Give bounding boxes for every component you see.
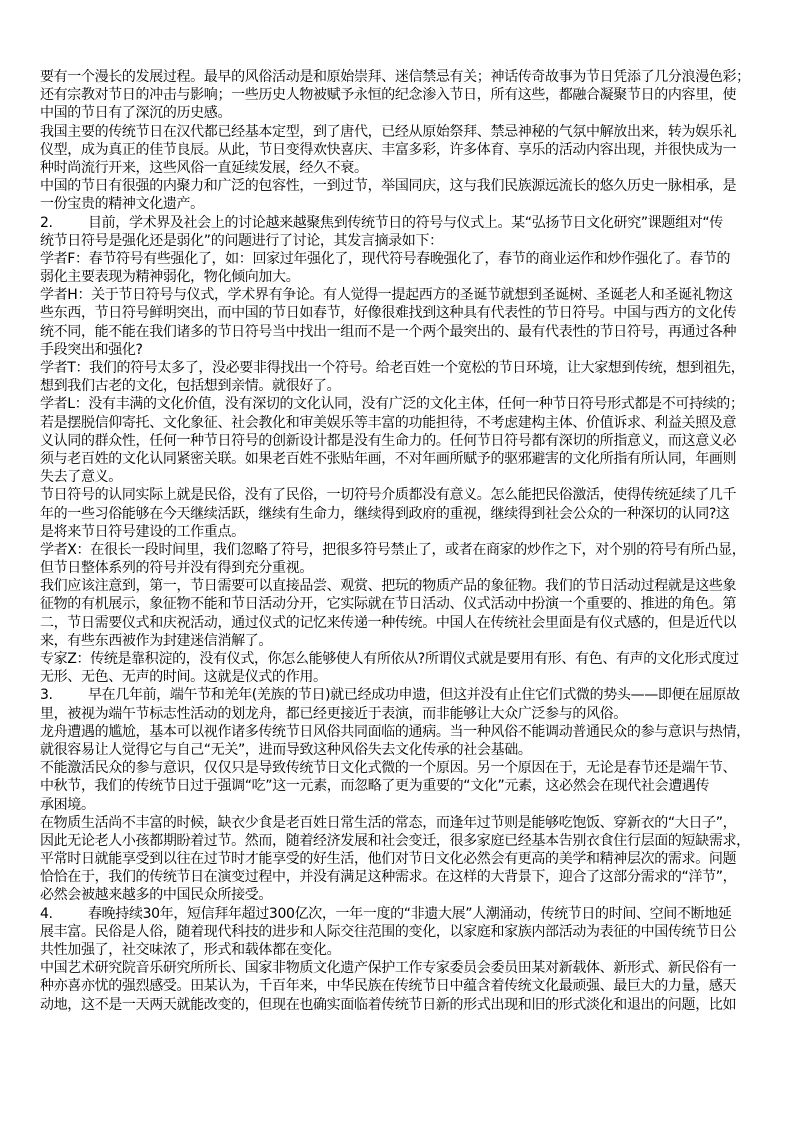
text-line: 不能激活民众的参与意识，仅仅只是导致传统节日文化式微的一个原因。另一个原因在于，…: [40, 759, 780, 777]
text-line: 就很容易让人觉得它与自己“无关”，进而导致这种风俗失去文化传承的社会基础。: [40, 741, 780, 759]
text-line: 学者F：春节符号有些强化了，如：回家过年强化了，现代符号春晚强化了，春节的商业运…: [40, 250, 780, 268]
text-line: 一份宝贵的精神文化遗产。: [40, 195, 780, 213]
text-line: 中国艺术研究院音乐研究所所长、国家非物质文化遗产保护工作专家委员会委员田某对新载…: [40, 959, 780, 977]
text-line: 无形、无色、无声的时间。这就是仪式的作用。: [40, 668, 780, 686]
text-line: 弱化主要表现为精神弱化，物化倾向加大。: [40, 268, 780, 286]
text-line: 种时尚流行开来，这些风俗一直延续发展，经久不衰。: [40, 159, 780, 177]
text-line: 须与老百姓的文化认同紧密关联。如果老百姓不张贴年画，不对年画所赋予的驱邪避害的文…: [40, 450, 780, 468]
text-line: 统节日符号是强化还是弱化”的问题进行了讨论，其发言摘录如下：: [40, 232, 780, 250]
text-line: 些东西，节日符号鲜明突出，而中国的节日如春节，好像很难找到这种具有代表性的节日符…: [40, 304, 780, 322]
text-line: 是将来节日符号建设的工作重点。: [40, 523, 780, 541]
text-line: 平常时日就能享受到以往在过节时才能享受的好生活，他们对节日文化必然会有更高的美学…: [40, 850, 780, 868]
text-line: 失去了意义。: [40, 468, 780, 486]
text-line: 中秋节，我们的传统节日过于强调“吃”这一元素，而忽略了更为重要的“文化”元素，这…: [40, 777, 780, 795]
text-line: 节日符号的认同实际上就是民俗，没有了民俗，一切符号介质都没有意义。怎么能把民俗激…: [40, 486, 780, 504]
text-line: 必然会被越来越多的中国民众所接受。: [40, 886, 780, 904]
text-line: 学者T：我们的符号太多了，没必要非得找出一个符号。给老百姓一个宽松的节日环境，让…: [40, 359, 780, 377]
text-line: 我们应该注意到，第一，节日需要可以直接品尝、观赏、把玩的物质产品的象征物。我们的…: [40, 577, 780, 595]
text-line: 展丰富。民俗是人俗，随着现代科技的进步和人际交往范围的变化，以家庭和家族内部活动…: [40, 923, 780, 941]
text-line: 种亦喜亦忧的强烈感受。田某认为，千百年来，中华民族在传统节日中蕴含着传统文化最顽…: [40, 977, 780, 995]
text-line: 若是摆脱信仰寄托、文化象征、社会教化和审美娱乐等丰富的功能担待，不考虑建构主体、…: [40, 414, 780, 432]
text-line: 来，有些东西被作为封建迷信消解了。: [40, 632, 780, 650]
text-line: 中国的节日有很强的内聚力和广泛的包容性，一到过节，举国同庆，这与我们民族源远流长…: [40, 177, 780, 195]
text-line: 里，被视为端午节标志性活动的划龙舟，都已经更接近于表演，而非能够让大众广泛参与的…: [40, 705, 780, 723]
text-line: 恰恰在于，我们的传统节日在演变过程中，并没有满足这种需求。在这样的大背景下，迎合…: [40, 868, 780, 886]
question-4-line: 4.春晚持续30年，短信拜年超过300亿次，一年一度的“非遗大展”人潮涌动，传统…: [40, 905, 780, 923]
text-line: 我国主要的传统节日在汉代都已经基本定型，到了唐代，已经从原始祭拜、禁忌神秘的气氛…: [40, 123, 780, 141]
text-line: 仪型，成为真正的佳节良辰。从此，节日变得欢快喜庆、丰富多彩，许多体育、享乐的活动…: [40, 141, 780, 159]
text-line: 中国的节日有了深沉的历史感。: [40, 104, 780, 122]
question-2-line: 2.目前，学术界及社会上的讨论越来越聚焦到传统节日的符号与仪式上。某“弘扬节日文…: [40, 214, 780, 232]
text-line: 因此无论老人小孩都期盼着过节。然而，随着经济发展和社会变迁，很多家庭已经基本告别…: [40, 832, 780, 850]
text-line: 但节日整体系列的符号并没有得到充分重视。: [40, 559, 780, 577]
item-number: 3.: [40, 686, 88, 704]
text-line: 要有一个漫长的发展过程。最早的风俗活动是和原始崇拜、迷信禁忌有关；神话传奇故事为…: [40, 68, 780, 86]
text-line: 在物质生活尚不丰富的时候，缺衣少食是老百姓日常生活的常态，而逢年过节则是能够吃饱…: [40, 814, 780, 832]
text-line: 二，节日需要仪式和庆祝活动，通过仪式的记忆来传递一种传统。中国人在传统社会里面是…: [40, 614, 780, 632]
text-line: 承困境。: [40, 796, 780, 814]
text-line: 还有宗教对节日的冲击与影响；一些历史人物被赋予永恒的纪念渗入节日，所有这些，都融…: [40, 86, 780, 104]
text-line: 义认同的群众性，任何一种节日符号的创新设计都是没有生命力的。任何节日符号都有深切…: [40, 432, 780, 450]
text-line: 早在几年前，端午节和羌年(羌族的节日)就已经成功申遗，但这并没有止住它们式微的势…: [88, 687, 740, 703]
question-3-line: 3.早在几年前，端午节和羌年(羌族的节日)就已经成功申遗，但这并没有止住它们式微…: [40, 686, 780, 704]
item-number: 4.: [40, 905, 88, 923]
text-line: 学者H：关于节日符号与仪式，学术界有争论。有人觉得一提起西方的圣诞节就想到圣诞树…: [40, 286, 780, 304]
text-line: 目前，学术界及社会上的讨论越来越聚焦到传统节日的符号与仪式上。某“弘扬节日文化研…: [88, 215, 723, 231]
text-line: 龙舟遭遇的尴尬，基本可以视作诸多传统节日风俗共同面临的通病。当一种风俗不能调动普…: [40, 723, 780, 741]
text-line: 想到我们古老的文化，包括想到亲情。就很好了。: [40, 377, 780, 395]
text-line: 春晚持续30年，短信拜年超过300亿次，一年一度的“非遗大展”人潮涌动，传统节日…: [88, 906, 732, 922]
text-line: 手段突出和强化?: [40, 341, 780, 359]
item-number: 2.: [40, 214, 88, 232]
text-line: 学者X：在很长一段时间里，我们忽略了符号，把很多符号禁止了，或者在商家的炒作之下…: [40, 541, 780, 559]
text-line: 年的一些习俗能够在今天继续活跃，继续有生命力，继续得到政府的重视，继续得到社会公…: [40, 505, 780, 523]
text-line: 动地，这不是一天两天就能改变的，但现在也确实面临着传统节日新的形式出现和旧的形式…: [40, 996, 780, 1014]
text-line: 共性加强了，社交味浓了，形式和载体都在变化。: [40, 941, 780, 959]
text-line: 学者L：没有丰满的文化价值，没有深切的文化认同，没有广泛的文化主体，任何一种节日…: [40, 395, 780, 413]
text-line: 统不同，能不能在我们诸多的节日符号当中找出一组而不是一个两个最突出的、最有代表性…: [40, 323, 780, 341]
document-page: 要有一个漫长的发展过程。最早的风俗活动是和原始崇拜、迷信禁忌有关；神话传奇故事为…: [40, 68, 780, 1014]
text-line: 专家Z：传统是靠积淀的，没有仪式，你怎么能够使人有所依从?所谓仪式就是要用有形、…: [40, 650, 780, 668]
text-line: 征物的有机展示，象征物不能和节日活动分开，它实际就在节日活动、仪式活动中扮演一个…: [40, 595, 780, 613]
